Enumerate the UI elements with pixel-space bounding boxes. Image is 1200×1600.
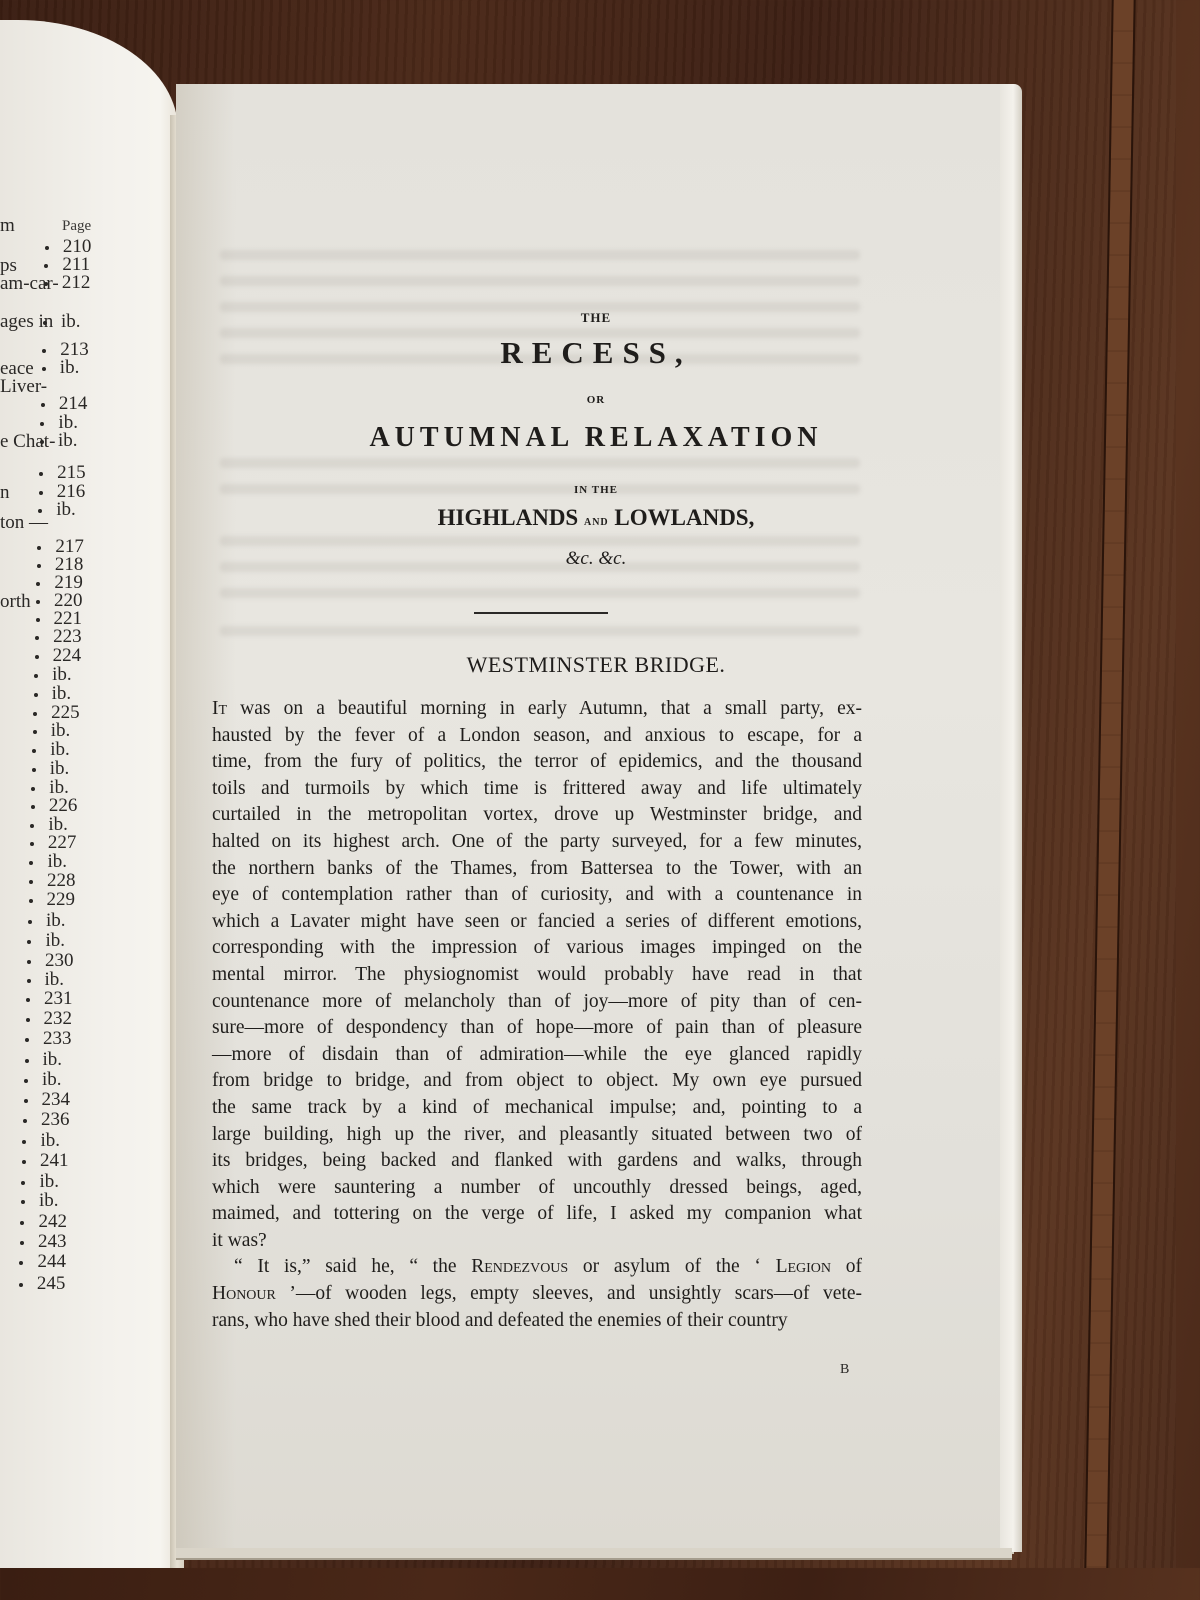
leader-dot — [29, 880, 33, 884]
title-recess: RECESS, — [196, 335, 996, 371]
title-rule — [474, 612, 608, 614]
paragraph-1-line: large building, high up the river, and p… — [212, 1122, 862, 1149]
index-page-number: ib. — [58, 431, 78, 450]
leader-dot — [29, 899, 33, 903]
paragraph-1-line: hausted by the fever of a London season,… — [212, 723, 862, 750]
index-entry-text: am-car- — [0, 273, 59, 295]
paragraph-1-line: the northern banks of the Thames, from B… — [212, 856, 862, 883]
leader-dot — [30, 824, 34, 828]
paragraph-1-line: curtailed in the metropolitan vortex, dr… — [212, 802, 862, 829]
drop-smallcaps: It — [212, 698, 227, 719]
leader-dot — [24, 1099, 28, 1103]
index-page-number: 231 — [44, 989, 73, 1008]
leader-dot — [35, 655, 39, 659]
paragraph-1-line: countenance more of melancholy than of j… — [212, 989, 862, 1016]
leader-dot — [21, 1200, 25, 1204]
paragraph-1-line: time, from the fury of politics, the ter… — [212, 749, 862, 776]
leader-dot — [36, 600, 40, 604]
index-page-number: ib. — [40, 1131, 60, 1150]
index-page-number: ib. — [39, 1172, 59, 1191]
leader-dot — [21, 1181, 25, 1185]
index-page-number: 224 — [53, 646, 82, 665]
leader-dot — [33, 730, 37, 734]
index-page-number: ib. — [45, 970, 65, 989]
index-page-number: 228 — [47, 871, 76, 890]
index-page-number: ib. — [45, 931, 65, 950]
signature-mark: B — [840, 1362, 849, 1378]
title-the: THE — [196, 310, 996, 326]
paragraph-1-line: maimed, and tottering on the verge of li… — [212, 1201, 862, 1228]
index-page-number: ib. — [52, 665, 72, 684]
leader-dot — [20, 1241, 24, 1245]
paragraph-1-line: which were sauntering a number of uncout… — [212, 1175, 862, 1202]
index-page-number: 226 — [49, 796, 78, 815]
index-page-number: 212 — [62, 273, 91, 292]
paragraph-1: It was on a beautiful morning in early A… — [212, 696, 862, 1254]
title-highlands-lowlands: HIGHLANDS and LOWLANDS, — [196, 505, 996, 531]
leader-dot — [24, 1079, 28, 1083]
title-etc: &c. &c. — [196, 548, 996, 570]
index-page-number: 243 — [38, 1232, 67, 1251]
paragraph-1-line: the same track by a kind of mechanical i… — [212, 1095, 862, 1122]
index-page-number: 234 — [42, 1090, 71, 1109]
page-column-header: Page — [62, 218, 91, 235]
section-heading: WESTMINSTER BRIDGE. — [196, 652, 996, 678]
index-page-number: 233 — [43, 1029, 72, 1048]
leader-dot — [27, 979, 31, 983]
bleed-through-line — [220, 276, 860, 286]
leader-dot — [27, 940, 31, 944]
honour-smallcaps: Honour — [212, 1283, 276, 1304]
leader-dot — [31, 787, 35, 791]
index-page-number: 227 — [48, 833, 77, 852]
index-page-number: 244 — [37, 1252, 66, 1271]
index-page-number: ib. — [50, 759, 70, 778]
page-bottom-edge — [176, 1548, 1012, 1560]
index-page-number: ib. — [46, 911, 66, 930]
index-page-number: 230 — [45, 951, 74, 970]
leader-dot — [37, 546, 41, 550]
index-page-number: 214 — [59, 394, 88, 413]
index-page-number: 215 — [57, 463, 86, 482]
bleed-through-line — [220, 588, 860, 598]
paragraph-1-line: from bridge to bridge, and from object t… — [212, 1068, 862, 1095]
paragraph-1-line: its bridges, being backed and flanked wi… — [212, 1148, 862, 1175]
index-page-number: ib. — [60, 358, 80, 377]
leader-dot — [26, 1018, 30, 1022]
index-page-number: 241 — [40, 1151, 69, 1170]
leader-dot — [32, 768, 36, 772]
index-page-number: 245 — [37, 1274, 66, 1293]
leader-dot — [39, 491, 43, 495]
body-text: It was on a beautiful morning in early A… — [212, 696, 862, 1334]
leader-dot — [35, 636, 39, 640]
leader-dot — [36, 582, 40, 586]
index-entry-text: e Chat- — [0, 431, 55, 453]
title-and: and — [584, 514, 609, 529]
page-fore-edge — [1000, 84, 1022, 1552]
index-entry-text: Liver- — [0, 376, 47, 398]
index-entry-text: ages in — [0, 311, 53, 333]
title-lowlands: LOWLANDS, — [614, 505, 754, 530]
leader-dot — [44, 282, 48, 286]
paragraph-1-line: which a Lavater might have seen or fanci… — [212, 909, 862, 936]
leader-dot — [19, 1283, 23, 1287]
leader-dot — [41, 403, 45, 407]
paragraph-1-line: It was on a beautiful morning in early A… — [212, 696, 862, 723]
paragraph-1-line: halted on its highest arch. One of the p… — [212, 829, 862, 856]
leader-dot — [34, 674, 38, 678]
index-page-number: ib. — [51, 721, 71, 740]
index-page-number: 232 — [44, 1009, 73, 1028]
leader-dot — [33, 712, 37, 716]
leader-dot — [42, 349, 46, 353]
leader-dot — [23, 1119, 27, 1123]
paragraph-1-line: eye of contemplation rather than of curi… — [212, 882, 862, 909]
leader-dot — [44, 264, 48, 268]
paragraph-1-line: corresponding with the impression of var… — [212, 935, 862, 962]
index-page-number: ib. — [47, 852, 67, 871]
index-page-number: ib. — [61, 312, 81, 331]
paragraph-2: “ It is,” said he, “ the Rendezvous or a… — [212, 1254, 862, 1334]
paragraph-2-line-1: “ It is,” said he, “ the Rendezvous or a… — [212, 1254, 862, 1281]
leader-dot — [36, 618, 40, 622]
title-subtitle: AUTUMNAL RELAXATION — [196, 422, 996, 454]
legion-smallcaps: Legion — [776, 1256, 831, 1277]
index-page-number: ib. — [56, 500, 76, 519]
index-page-number: 229 — [47, 890, 76, 909]
index-page-number: ib. — [50, 740, 70, 759]
leader-dot — [25, 1059, 29, 1063]
paragraph-1-line: sure—more of despondency than of hope—mo… — [212, 1015, 862, 1042]
index-page-number: ib. — [52, 684, 72, 703]
bleed-through-line — [220, 626, 860, 636]
index-page-number: ib. — [42, 1070, 62, 1089]
leader-dot — [19, 1261, 23, 1265]
paragraph-1-line: mental mirror. The physiognomist would p… — [212, 962, 862, 989]
paragraph-2-line-3: rans, who have shed their blood and defe… — [212, 1308, 862, 1335]
index-entry-text: orth — [0, 591, 31, 613]
leader-dot — [26, 998, 30, 1002]
title-highlands: HIGHLANDS — [438, 505, 579, 530]
leader-dot — [27, 960, 31, 964]
leader-dot — [42, 367, 46, 371]
index-page-number: ib. — [39, 1191, 59, 1210]
index-page-number: 223 — [53, 627, 82, 646]
title-or: OR — [196, 394, 996, 406]
paragraph-1-line: it was? — [212, 1228, 862, 1255]
index-entry-text: n — [0, 482, 10, 504]
index-entry-text: ton — — [0, 512, 48, 534]
index-page-number: 236 — [41, 1110, 70, 1129]
leader-dot — [40, 422, 44, 426]
leader-dot — [40, 440, 44, 444]
index-page-number: ib. — [43, 1050, 63, 1069]
leader-dot — [32, 749, 36, 753]
leader-dot — [39, 472, 43, 476]
leader-dot — [20, 1221, 24, 1225]
leader-dot — [34, 693, 38, 697]
paragraph-1-line: —more of disdain than of admiration—whil… — [212, 1042, 862, 1069]
leader-dot — [30, 842, 34, 846]
leader-dot — [22, 1140, 26, 1144]
paragraph-1-line: toils and turmoils by which time is frit… — [212, 776, 862, 803]
leader-dot — [29, 861, 33, 865]
title-in-the: IN THE — [196, 484, 996, 496]
bleed-through-line — [220, 458, 860, 468]
index-entry-text: m — [0, 215, 15, 237]
leader-dot — [25, 1038, 29, 1042]
paragraph-2-line-2: Honour ’—of wooden legs, empty sleeves, … — [212, 1281, 862, 1308]
left-page-index: Page m210ps211am-car-212ib.ages in213eac… — [0, 20, 178, 1568]
index-page-number: 242 — [38, 1212, 67, 1231]
bleed-through-line — [220, 536, 860, 546]
leader-dot — [22, 1160, 26, 1164]
leader-dot — [28, 920, 32, 924]
rendezvous-smallcaps: Rendezvous — [471, 1256, 568, 1277]
bleed-through-line — [220, 250, 860, 260]
leader-dot — [31, 805, 35, 809]
leader-dot — [37, 564, 41, 568]
leader-dot — [45, 246, 49, 250]
